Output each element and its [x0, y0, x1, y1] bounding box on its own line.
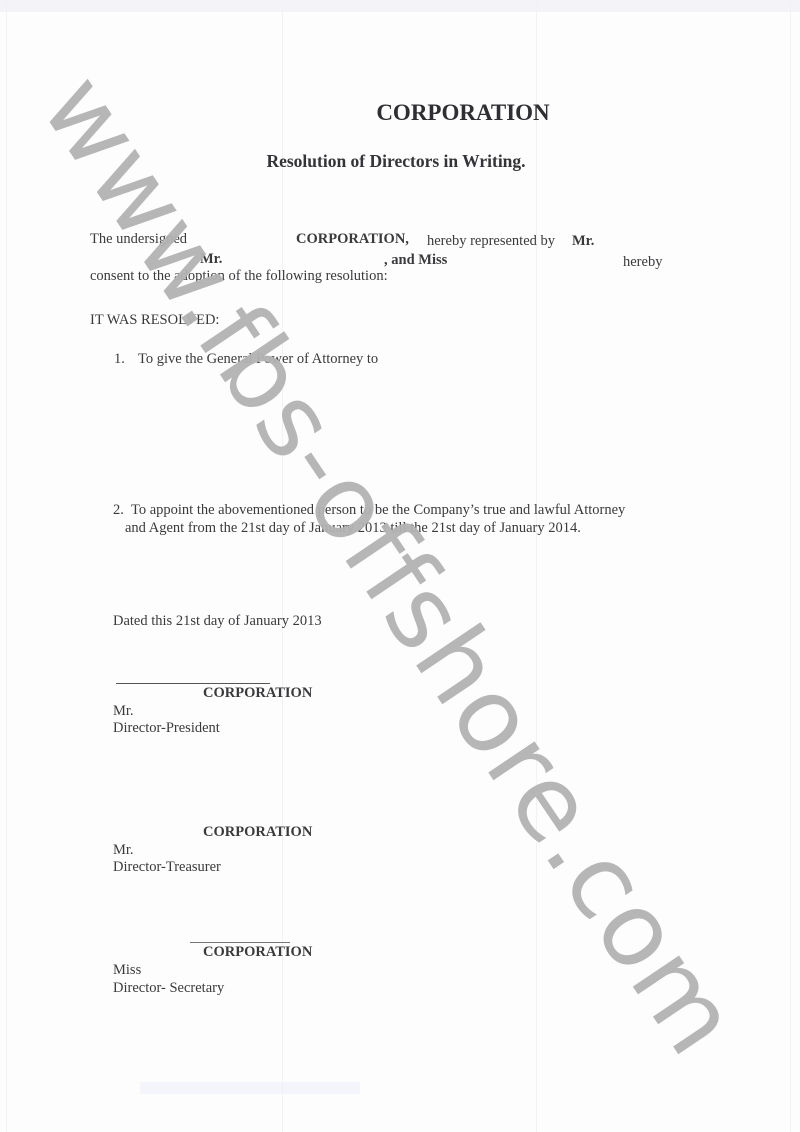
signature-company: CORPORATION: [203, 824, 312, 841]
item-text: To appoint the abovementioned person to …: [131, 502, 625, 519]
dated-line: Dated this 21st day of January 2013: [113, 613, 322, 630]
scan-bleed-through: [140, 1082, 360, 1094]
signature-role: Director-Treasurer: [113, 859, 221, 876]
watermark: www.fbs-offshore.com: [18, 54, 761, 1076]
signature-line: [116, 683, 270, 684]
item-text: and Agent from the 21st day of January 2…: [125, 520, 581, 537]
signature-role: Director-President: [113, 720, 220, 737]
intro-text: consent to the adoption of the following…: [90, 268, 388, 285]
signature-name: Mr.: [113, 703, 134, 720]
director-title: , and Miss: [384, 252, 447, 269]
scan-edge: [0, 0, 800, 12]
item-number: 2.: [113, 502, 124, 519]
document-subtitle: Resolution of Directors in Writing.: [0, 151, 792, 172]
director-title: Mr.: [200, 251, 222, 268]
resolved-heading: IT WAS RESOLVED:: [90, 312, 219, 329]
company-name: CORPORATION,: [296, 231, 409, 248]
signature-line: [190, 942, 290, 943]
director-title: Mr.: [572, 233, 594, 250]
signature-company: CORPORATION: [203, 944, 312, 961]
item-number: 1.: [114, 351, 125, 368]
signature-name: Mr.: [113, 842, 134, 859]
signature-company: CORPORATION: [203, 685, 312, 702]
intro-text: hereby represented by: [427, 233, 555, 250]
document-title: CORPORATION: [0, 100, 800, 126]
signature-role: Director- Secretary: [113, 980, 224, 997]
intro-text: hereby: [623, 254, 662, 271]
intro-text: The undersigned: [90, 231, 187, 248]
item-text: To give the General Power of Attorney to: [138, 351, 378, 368]
signature-name: Miss: [113, 962, 141, 979]
